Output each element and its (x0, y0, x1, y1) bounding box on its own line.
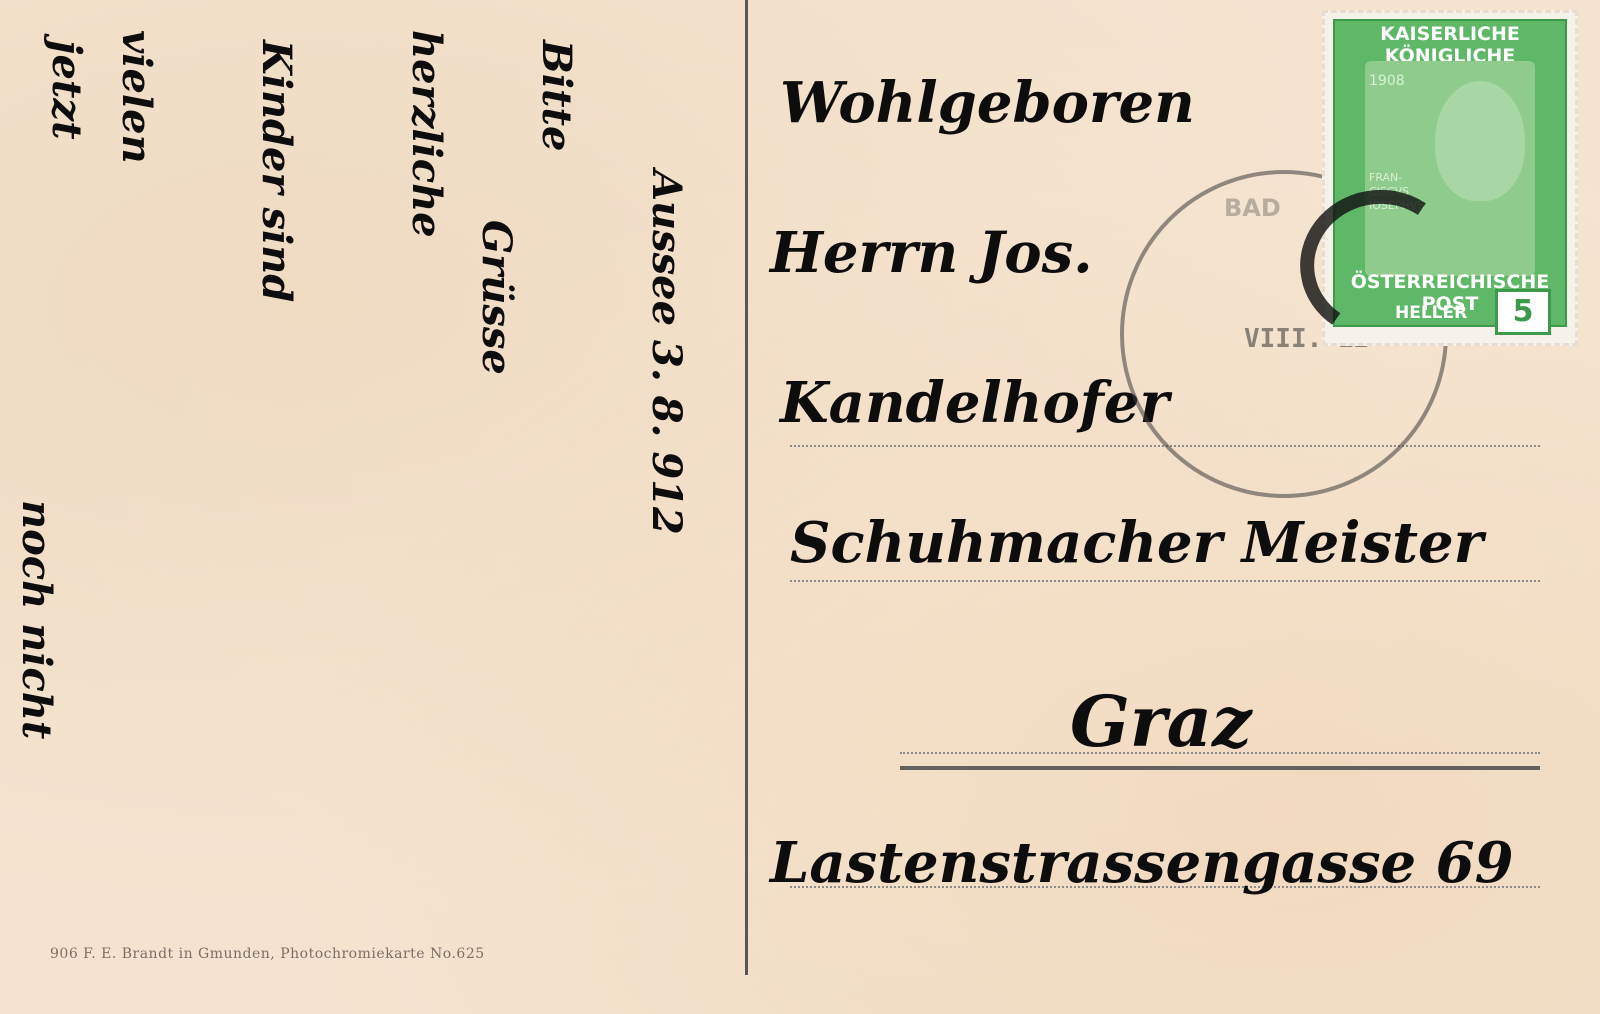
stamp-year: 1908 (1369, 73, 1405, 89)
message-line: Bitte (533, 40, 580, 151)
portrait-head-icon (1435, 81, 1525, 201)
message-line: jetzt (43, 40, 90, 140)
postmark-place: BAD (1224, 194, 1281, 222)
message-line: Kinder sind (253, 40, 300, 302)
address-rule (790, 580, 1540, 582)
message-line: Grüsse (473, 220, 520, 375)
address-street: Lastenstrassengasse 69 (770, 830, 1514, 896)
message-line: herzliche (403, 30, 450, 238)
stamp-denomination-value: 5 (1495, 289, 1551, 335)
address-salutation: Wohlgeboren (780, 70, 1195, 136)
address-city: Graz (1070, 680, 1252, 763)
city-underline (900, 766, 1540, 770)
publisher-imprint: 906 F. E. Brandt in Gmunden, Photochromi… (50, 946, 485, 962)
address-occupation: Schuhmacher Meister (790, 510, 1483, 576)
place-date-line: Aussee 3. 8. 912 (643, 170, 690, 535)
message-line: noch nicht (13, 500, 60, 739)
postcard-back: Aussee 3. 8. 912 Bitte Grüsse herzliche … (0, 0, 1600, 1014)
center-divider (745, 0, 748, 975)
address-recipient-title: Herrn Jos. (770, 220, 1093, 286)
address-recipient-name: Kandelhofer (780, 370, 1169, 436)
message-line: vielen (113, 30, 160, 164)
